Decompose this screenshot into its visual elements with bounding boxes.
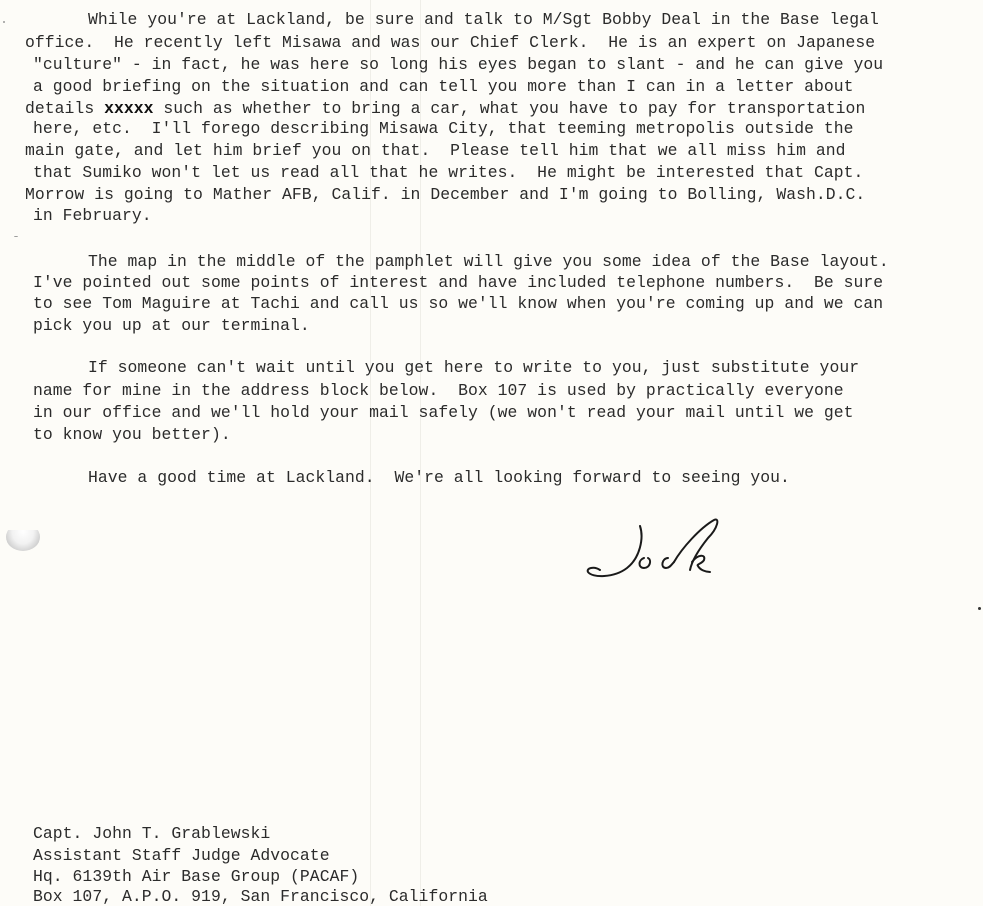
text-line: Morrow is going to Mather AFB, Calif. in…	[25, 185, 865, 205]
text-line: "culture" - in fact, he was here so long…	[33, 55, 883, 75]
text-line: If someone can't wait until you get here…	[88, 358, 859, 378]
text-line: office. He recently left Misawa and was …	[25, 33, 875, 53]
letter-page: While you're at Lackland, be sure and ta…	[0, 0, 983, 906]
address-line: Assistant Staff Judge Advocate	[33, 846, 330, 866]
text-line: a good briefing on the situation and can…	[33, 77, 854, 97]
struck-out-text: xxxxx	[104, 99, 153, 118]
text-line: main gate, and let him brief you on that…	[25, 141, 846, 161]
text-line: here, etc. I'll forego describing Misawa…	[33, 119, 854, 139]
text-line: details xxxxx such as whether to bring a…	[25, 99, 865, 119]
paper-speck	[978, 607, 981, 610]
address-line: Capt. John T. Grablewski	[33, 824, 270, 844]
text-line: to know you better).	[33, 425, 231, 445]
text-word: details	[25, 99, 94, 118]
text-line: pick you up at our terminal.	[33, 316, 310, 336]
text-line: Have a good time at Lackland. We're all …	[88, 468, 790, 488]
text-line: I've pointed out some points of interest…	[33, 273, 883, 293]
text-line: to see Tom Maguire at Tachi and call us …	[33, 294, 883, 314]
paper-speck	[3, 21, 5, 23]
punch-hole	[6, 523, 40, 551]
address-line: Hq. 6139th Air Base Group (PACAF)	[33, 867, 359, 887]
text-line: that Sumiko won't let us read all that h…	[33, 163, 863, 183]
text-word: such as whether to bring a car, what you…	[163, 99, 865, 118]
text-line: While you're at Lackland, be sure and ta…	[88, 10, 879, 30]
text-line: in February.	[33, 206, 152, 226]
text-line: in our office and we'll hold your mail s…	[33, 403, 854, 423]
text-line: name for mine in the address block below…	[33, 381, 844, 401]
text-line: The map in the middle of the pamphlet wi…	[88, 252, 889, 272]
address-line: Box 107, A.P.O. 919, San Francisco, Cali…	[33, 887, 488, 906]
signature-jack: Jack	[582, 508, 752, 588]
paper-speck	[14, 236, 18, 237]
